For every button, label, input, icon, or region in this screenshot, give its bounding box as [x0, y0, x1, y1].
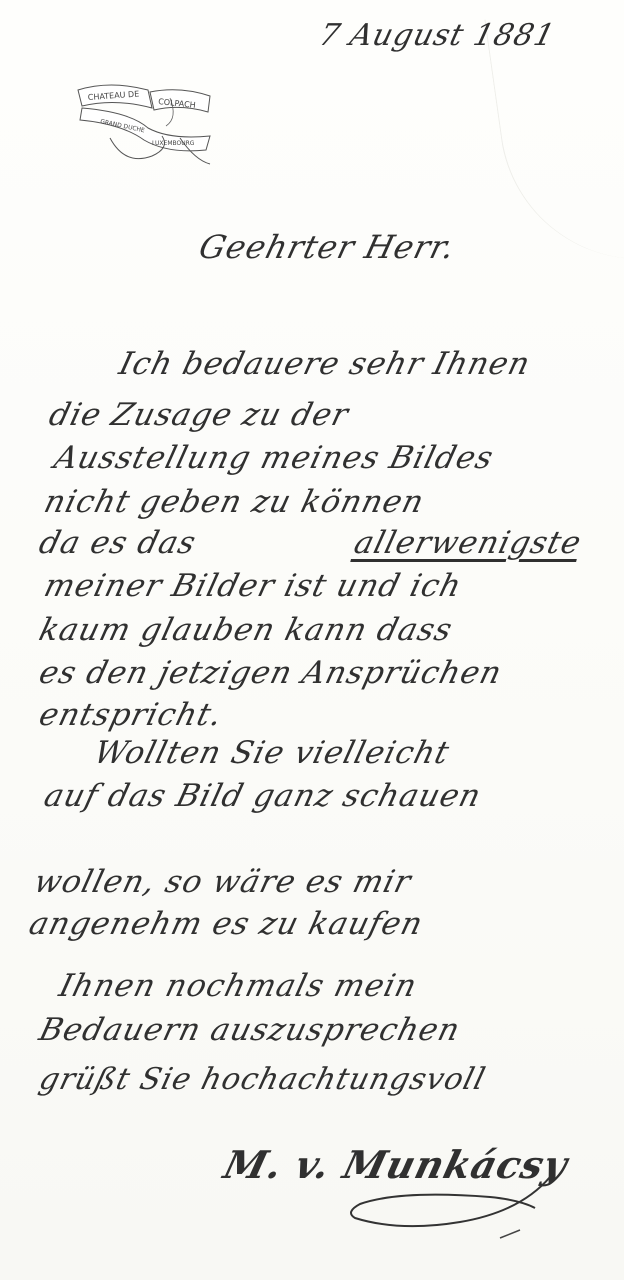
body-line-9: entspricht.: [36, 697, 227, 733]
body-line-7: kaum glauben kann dass: [36, 612, 457, 648]
body-line-2: die Zusage zu der: [46, 397, 353, 433]
closing-line: grüßt Sie hochachtungsvoll: [36, 1062, 490, 1097]
ribbon-banner-icon: CHATEAU DE COLPACH GRAND DUCHE LUXEMBOUR…: [70, 78, 220, 170]
body-line-5-underlined: allerwenigste: [351, 525, 586, 561]
letterhead-line2-part2: LUXEMBOURG: [152, 140, 195, 147]
signature-flourish-icon: [340, 1172, 560, 1252]
body-line-13: angenehm es zu kaufen: [26, 906, 427, 942]
body-line-1: Ich bedauere sehr Ihnen: [116, 346, 535, 382]
body-line-12: wollen, so wäre es mir: [31, 864, 416, 900]
salutation: Geehrter Herr.: [195, 228, 459, 266]
body-line-11: auf das Bild ganz schauen: [41, 778, 486, 814]
body-line-14: Ihnen nochmals mein: [56, 968, 421, 1004]
body-line-15: Bedauern auszusprechen: [36, 1012, 465, 1048]
letter-page: CHATEAU DE COLPACH GRAND DUCHE LUXEMBOUR…: [0, 0, 624, 1280]
body-line-3: Ausstellung meines Bildes: [51, 440, 498, 476]
body-line-6: meiner Bilder ist und ich: [41, 568, 466, 604]
letterhead-crest: CHATEAU DE COLPACH GRAND DUCHE LUXEMBOUR…: [70, 78, 220, 170]
body-line-8: es den jetzigen Ansprüchen: [36, 655, 506, 691]
body-line-5: da es das: [36, 525, 201, 561]
letter-date: 7 August 1881: [316, 18, 559, 53]
body-line-10: Wollten Sie vielleicht: [91, 735, 454, 771]
body-line-4: nicht geben zu können: [41, 484, 429, 520]
